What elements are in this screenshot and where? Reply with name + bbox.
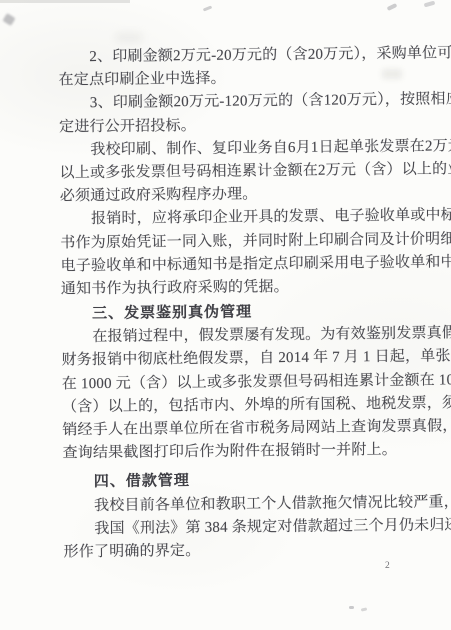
scanned-page: 2、印刷金额2万元-20万元的（含20万元），采购单位可直接 在定点印刷企业中选… xyxy=(0,0,451,630)
scan-speck xyxy=(349,606,354,609)
text-line: 查询结果截图打印后作为附件在报销时一并附上。 xyxy=(62,439,424,466)
text-line: 以上或多张发票但号码相连累计金额在2万元（含）以上的业务， xyxy=(59,159,421,186)
text-line: 通知书作为执行政府采购的凭据。 xyxy=(61,275,423,302)
scan-speck xyxy=(424,1,436,8)
text-line: 我校目前各单位和教职工个人借款拖欠情况比较严重， xyxy=(63,491,425,518)
page-number: 2 xyxy=(385,561,390,571)
scan-speck xyxy=(361,607,367,611)
document-body: 2、印刷金额2万元-20万元的（含20万元），采购单位可直接 在定点印刷企业中选… xyxy=(58,43,425,565)
text-line: 电子验收单和中标通知书是指定点印刷采用电子验收单和中标 xyxy=(60,251,422,278)
scan-edge-strip xyxy=(0,0,130,3)
text-line: 我国《刑法》第 384 条规定对借款超过三个月仍未归还的情 xyxy=(63,514,425,541)
text-line: 3、印刷金额20万元-120万元的（含120万元），按照相应规 xyxy=(59,89,421,116)
text-line: 2、印刷金额2万元-20万元的（含20万元），采购单位可直接 xyxy=(58,43,420,70)
text-line: 财务报销中彻底杜绝假发票，自 2014 年 7 月 1 日起，单张发票 xyxy=(61,346,423,373)
scan-speck xyxy=(387,3,398,11)
scan-smudge xyxy=(116,33,142,42)
text-line: 形作了明确的界定。 xyxy=(63,538,425,565)
text-line: 报销时，应将承印企业开具的发票、电子验收单或中标通知 xyxy=(60,205,422,232)
scan-speck xyxy=(2,13,15,26)
text-line: 书作为原始凭证一同入账，并同时附上印刷合同及计价明细单。 xyxy=(60,228,422,255)
scan-speck xyxy=(203,5,212,11)
